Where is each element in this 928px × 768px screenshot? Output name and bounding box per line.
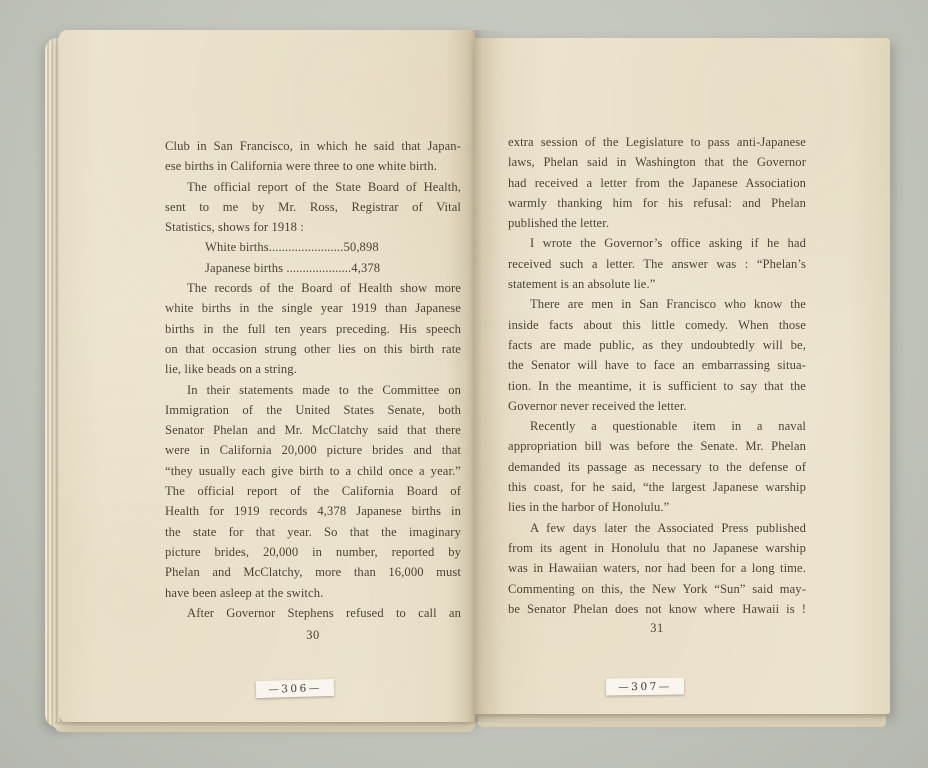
text-line: extra session of the Legislature to pass… — [508, 132, 806, 152]
text-line: In their statements made to the Committe… — [165, 380, 461, 400]
text-line: births in the full ten years preceding. … — [165, 319, 461, 339]
birth-statistic-line: White births.......................50,89… — [165, 237, 461, 257]
text-line: The official report of the State Board o… — [165, 177, 461, 197]
text-line: Senator Phelan and Mr. McClatchy said th… — [165, 420, 461, 440]
text-line: I wrote the Governor’s office asking if … — [508, 233, 806, 253]
text-line: A few days later the Associated Press pu… — [508, 518, 806, 538]
text-line: published the letter. — [508, 213, 806, 233]
text-line: “they usually each give birth to a child… — [165, 461, 461, 481]
text-line: the Senator will have to face an embarra… — [508, 355, 806, 375]
under-page-edge-right — [478, 714, 886, 727]
text-line: After Governor Stephens refused to call … — [165, 603, 461, 623]
birth-statistic-line: Japanese births ....................4,37… — [165, 258, 461, 278]
text-line: Governor never received the letter. — [508, 396, 806, 416]
text-line: lie, like beads on a string. — [165, 359, 461, 379]
text-line: ese births in California were three to o… — [165, 156, 461, 176]
text-line: demanded its passage as necessary to the… — [508, 457, 806, 477]
text-line: appropriation bill was before the Senate… — [508, 436, 806, 456]
right-page-number: 31 — [508, 621, 806, 636]
text-line: the state for that year. So that the ima… — [165, 522, 461, 542]
slip-label: —307— — [618, 680, 672, 693]
left-page-number: 30 — [165, 628, 461, 643]
photo-background: { "colors": { "background": "#c3c6bd", "… — [0, 0, 928, 768]
text-line: Statistics, shows for 1918 : — [165, 217, 461, 237]
text-line: had received a letter from the Japanese … — [508, 173, 806, 193]
text-line: Recently a questionable item in a naval — [508, 416, 806, 436]
under-page-edge-left — [55, 722, 475, 732]
text-line: be Senator Phelan does not know where Ha… — [508, 599, 806, 619]
text-line: was in Hawaiian waters, nor had been for… — [508, 558, 806, 578]
left-catalog-slip: —306— — [256, 679, 334, 698]
text-line: this coast, for he said, “the largest Ja… — [508, 477, 806, 497]
text-line: Phelan and McClatchy, more than 16,000 m… — [165, 562, 461, 582]
text-line: on that occasion strung other lies on th… — [165, 339, 461, 359]
right-page-text: extra session of the Legislature to pass… — [508, 132, 806, 619]
text-line: Immigration of the United States Senate,… — [165, 400, 461, 420]
text-line: The records of the Board of Health show … — [165, 278, 461, 298]
text-line: statement is an absolute lie.” — [508, 274, 806, 294]
text-line: have been asleep at the switch. — [165, 583, 461, 603]
text-line: inside facts about this little comedy. W… — [508, 315, 806, 335]
text-line: sent to me by Mr. Ross, Registrar of Vit… — [165, 197, 461, 217]
text-line: Health for 1919 records 4,378 Japanese b… — [165, 501, 461, 521]
text-line: white births in the single year 1919 tha… — [165, 298, 461, 318]
text-line: from its agent in Honolulu that no Japan… — [508, 538, 806, 558]
text-line: were in California 20,000 picture brides… — [165, 440, 461, 460]
slip-label: —306— — [268, 682, 322, 695]
left-page-text: Club in San Francisco, in which he said … — [165, 136, 461, 623]
text-line: received such a letter. The answer was :… — [508, 254, 806, 274]
text-line: Commenting on this, the New York “Sun” s… — [508, 579, 806, 599]
open-book: Club in San Francisco, in which he said … — [45, 28, 890, 730]
text-line: lies in the harbor of Honolulu.” — [508, 497, 806, 517]
text-line: tion. In the meantime, it is sufficient … — [508, 376, 806, 396]
text-line: picture brides, 20,000 in number, report… — [165, 542, 461, 562]
text-line: warmly thanking him for his refusal: and… — [508, 193, 806, 213]
text-line: facts are made public, as they undoubted… — [508, 335, 806, 355]
text-line: There are men in San Francisco who know … — [508, 294, 806, 314]
text-line: The official report of the California Bo… — [165, 481, 461, 501]
right-catalog-slip: —307— — [606, 678, 684, 696]
text-line: laws, Phelan said in Washington that the… — [508, 152, 806, 172]
text-line: Club in San Francisco, in which he said … — [165, 136, 461, 156]
